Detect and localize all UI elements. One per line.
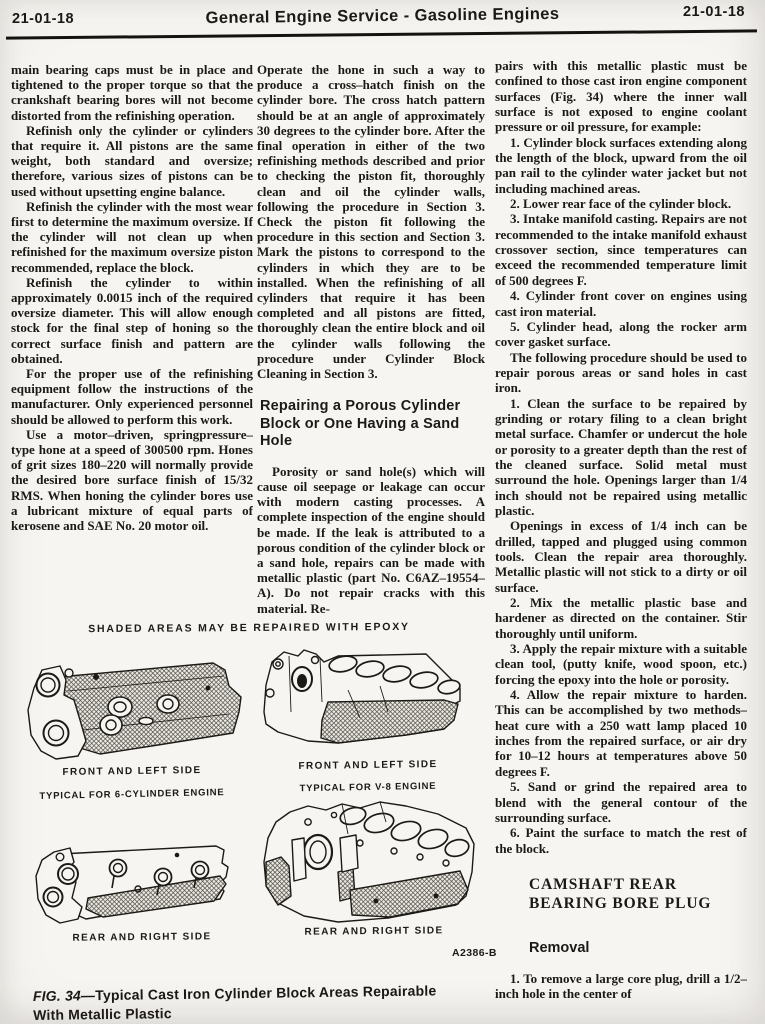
column-right: pairs with this metallic plastic must be… xyxy=(495,58,747,1024)
paragraph: 3. Apply the repair mixture with a suita… xyxy=(495,641,747,687)
paragraph: The following procedure should be used t… xyxy=(495,350,747,396)
paragraph: Operate the hone in such a way to produc… xyxy=(257,62,485,381)
manual-page: 21-01-18 General Engine Service - Gasoli… xyxy=(0,0,765,1024)
paragraph: Refinish only the cylinder or cylinders … xyxy=(11,123,253,199)
page-code-right: 21-01-18 xyxy=(683,4,745,20)
paragraph: 1. Clean the surface to be repaired by g… xyxy=(495,396,747,519)
page-title: General Engine Service - Gasoline Engine… xyxy=(0,2,765,30)
figure-caption-text: —Typical Cast Iron Cylinder Block Areas … xyxy=(33,982,436,1022)
figure-label-front-left-v8: FRONT AND LEFT SIDE xyxy=(292,759,444,772)
figure-label-front-left-6cyl: FRONT AND LEFT SIDE xyxy=(58,765,206,778)
paragraph: 2. Mix the metallic plastic base and har… xyxy=(495,595,747,641)
figure-label-rear-right-v8: REAR AND RIGHT SIDE xyxy=(298,925,450,938)
paragraph: 5. Cylinder head, along the rocker arm c… xyxy=(495,319,747,350)
paragraph: 4. Allow the repair mixture to harden. T… xyxy=(495,687,747,779)
paragraph: 1. Cylinder block surfaces extending alo… xyxy=(495,135,747,196)
paragraph: Refinish the cylinder with the most wear… xyxy=(11,199,253,275)
paragraph: 5. Sand or grind the repaired area to bl… xyxy=(495,779,747,825)
paragraph: Refinish the cylinder to within approxim… xyxy=(11,275,253,366)
paragraph: 3. Intake manifold casting. Repairs are … xyxy=(495,211,747,288)
paragraph: 6. Paint the surface to match the rest o… xyxy=(495,825,747,856)
section-heading-camshaft-plug: CAMSHAFT REAR BEARING BORE PLUG xyxy=(529,875,747,913)
header-rule xyxy=(6,29,757,39)
paragraph: Porosity or sand hole(s) which will caus… xyxy=(257,464,485,614)
paragraph: Use a motor–driven, springpressure–type … xyxy=(11,427,253,533)
engine-blocks-illustration xyxy=(8,600,490,960)
paragraph: Openings in excess of 1/4 inch can be dr… xyxy=(495,518,747,595)
paragraph: 4. Cylinder front cover on engines using… xyxy=(495,288,747,319)
paragraph: For the proper use of the refinishing eq… xyxy=(11,366,253,427)
paragraph: main bearing caps must be in place and t… xyxy=(11,62,253,123)
paragraph: pairs with this metallic plastic must be… xyxy=(495,58,747,135)
column-left: main bearing caps must be in place and t… xyxy=(11,62,253,614)
figure-caption: FIG. 34—Typical Cast Iron Cylinder Block… xyxy=(33,981,469,1024)
column-middle: Operate the hone in such a way to produc… xyxy=(257,62,485,614)
paragraph: 2. Lower rear face of the cylinder block… xyxy=(495,196,747,211)
figure-ref-code: A2386-B xyxy=(452,947,497,959)
figure-caption-number: FIG. 34 xyxy=(33,987,81,1004)
section-heading-porous-repair: Repairing a Porous Cylinder Block or One… xyxy=(260,398,485,451)
paragraph: 1. To remove a large core plug, drill a … xyxy=(495,971,747,1002)
figure-label-rear-right-6cyl: REAR AND RIGHT SIDE xyxy=(66,931,218,944)
subsection-heading-removal: Removal xyxy=(529,940,747,957)
